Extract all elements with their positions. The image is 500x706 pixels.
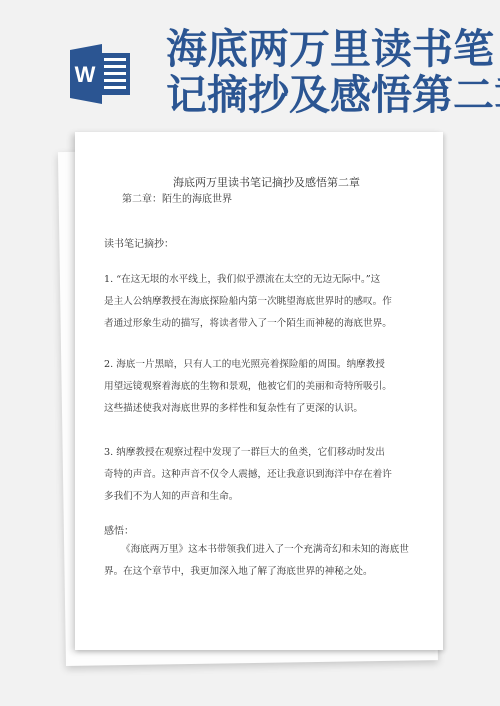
text-line: 1. “在这无垠的水平线上，我们似乎漂流在太空的无边无际中。”这: [104, 269, 366, 291]
text-line: 《海底两万里》这本书带领我们进入了一个充满奇幻和未知的海底世: [104, 539, 366, 561]
document-title: 海底两万里读书笔记摘抄及感悟第二章: [173, 177, 360, 189]
text-line: 3. 纳摩教授在观察过程中发现了一群巨大的鱼类，它们移动时发出: [104, 442, 366, 464]
text-line: 2. 海底一片黑暗，只有人工的电光照亮着探险船的周围。纳摩教授: [104, 354, 366, 376]
excerpt-item-2: 2. 海底一片黑暗，只有人工的电光照亮着探险船的周围。纳摩教授 用望远镜观察着海…: [104, 354, 366, 420]
word-icon: W: [70, 44, 134, 104]
banner-title: 海底两万里读书笔 记摘抄及感悟第二章: [166, 26, 500, 118]
feelings-paragraph: 《海底两万里》这本书带领我们进入了一个充满奇幻和未知的海底世 界。在这个章节中，…: [104, 539, 366, 583]
document-page: 海底两万里读书笔记摘抄及感悟第二章 第二章：陌生的海底世界 读书笔记摘抄： 1.…: [75, 132, 443, 650]
text-line: 奇特的声音。这种声音不仅令人震撼，还让我意识到海洋中存在着许: [104, 464, 366, 486]
svg-text:W: W: [75, 62, 96, 87]
text-line: 是主人公纳摩教授在海底探险船内第一次眺望海底世界时的感叹。作: [104, 291, 366, 313]
text-line: 界。在这个章节中，我更加深入地了解了海底世界的神秘之处。: [104, 561, 366, 583]
banner-title-line-1: 海底两万里读书笔: [166, 26, 500, 72]
text-line: 多我们不为人知的声音和生命。: [104, 486, 366, 508]
text-line: 这些描述使我对海底世界的多样性和复杂性有了更深的认识。: [104, 398, 366, 420]
banner-title-line-2: 记摘抄及感悟第二章: [166, 72, 500, 118]
feelings-heading: 感悟：: [104, 526, 134, 538]
notes-heading: 读书笔记摘抄：: [104, 239, 174, 251]
excerpt-item-1: 1. “在这无垠的水平线上，我们似乎漂流在太空的无边无际中。”这 是主人公纳摩教…: [104, 269, 366, 335]
excerpt-item-3: 3. 纳摩教授在观察过程中发现了一群巨大的鱼类，它们移动时发出 奇特的声音。这种…: [104, 442, 366, 508]
document-subtitle: 第二章：陌生的海底世界: [122, 194, 232, 206]
text-line: 者通过形象生动的描写，将读者带入了一个陌生而神秘的海底世界。: [104, 313, 366, 335]
banner-header: W 海底两万里读书笔 记摘抄及感悟第二章: [0, 0, 500, 130]
text-line: 用望远镜观察着海底的生物和景观，他被它们的美丽和奇特所吸引。: [104, 376, 366, 398]
